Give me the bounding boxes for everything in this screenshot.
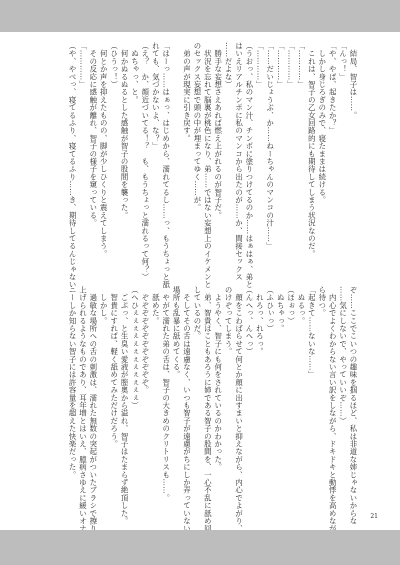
text-line: 結局、智子は……。 — [348, 42, 358, 267]
text-line: これは、智子の乙女回路的にも期待してしまう状況なのだ。 — [306, 42, 316, 267]
text-line: （や、やべっ、寝てるふり、寝てるふり……き、期待してるんじゃない — [67, 42, 77, 267]
top-gray-band — [0, 0, 400, 32]
text-line: しているのだ。 — [192, 286, 202, 511]
text-line: 「んっ！」 — [337, 42, 347, 267]
text-line: 上げられるようなものであり、耳年増とはいえ、臆病さゆえに緩いオナ — [77, 286, 87, 511]
book-page: 結局、智子は……。「んっ！」「や、やば、起きたか？」 しかし身じろぎのみで、寝た… — [0, 32, 400, 530]
text-line: 「起きて……ないな……」 — [306, 286, 316, 511]
text-line: 何とか声を抑えたものの、脚が少しひくりと震えてしまう。 — [98, 42, 108, 267]
text-line: しかし身じろぎのみで、寝たままは続ける。 — [316, 42, 326, 267]
text-line: ぬるっ。 — [296, 286, 306, 511]
text-line: 舐めた。 — [150, 286, 160, 511]
text-line: れても、気づかないよ、な？」 — [150, 42, 160, 267]
text-line: 状況を忘れて脳裏が桃色になり、弟……ではない妄想上のイケメンと — [202, 42, 212, 267]
text-line: 「…………」 — [296, 42, 306, 267]
text-line: （んへっ、んへっ） — [244, 286, 254, 511]
text-line: 「…………」 — [275, 42, 285, 267]
text-line: （ふひぃっ） — [264, 286, 274, 511]
text-line: 弟、智貴はこともあろうに姉である智子の股間を、一心不乱に舐め回 — [202, 286, 212, 511]
text-line: 「はーっ……はぁっ、はじめから、濡れてるし……っ、もうちょっと舐 — [160, 42, 170, 267]
text-line: のけぞってしまう。 — [223, 286, 233, 511]
text-line: ようやく、智子にも何をされているのかわかった。 — [212, 286, 222, 511]
text-line: （え？ か、顔近づいてる！？ も、もうちょっと濡れるって何？） — [139, 42, 149, 267]
text-line: 弟の声が現実に引き戻す。 — [181, 42, 191, 267]
text-line: 「…………」 — [254, 42, 264, 267]
text-line: 過敏な場所への舌の刺激は、濡れた無数の突起がついたブラシで擦り — [87, 286, 97, 511]
text-block-top: 結局、智子は……。「んっ！」「や、やば、起きたか？」 しかし身じろぎのみで、寝た… — [67, 42, 358, 267]
text-line: ぞ……ここでこいつの趣味を掴るほど、私は非道な姉じゃないからな — [348, 286, 358, 511]
text-line: 勝手な妄想さえあれば燃え上がれるのが智子だ。 — [212, 42, 222, 267]
text-line: のセックス妄想で頭の中が埋まってゆく……が。 — [192, 42, 202, 267]
text-line: 何かぬるぬるとした感触が智子の股間を襲った。 — [119, 42, 129, 267]
text-line: 智貴にすれば、軽く舐めてみただけだろう。 — [108, 286, 118, 511]
text-line: （ほぉっ） — [285, 286, 295, 511]
text-line: ら待つ。 — [316, 286, 326, 511]
text-line: 「…………」 — [77, 42, 87, 267]
page-number: 21 — [370, 513, 378, 520]
text-line: ぞぞぞぞぞぞぞぞぞぞぞぞ。 — [139, 286, 149, 511]
text-line: 顔をこわばらせて何とか顔に出すまいと抑えながら、内心でよがり、 — [233, 286, 243, 511]
text-line: しかし。 — [98, 286, 108, 511]
text-line: 「……だいじょうぶ、か……ねーちゃんのマンコの汁……」 — [264, 42, 274, 267]
text-line: れろっ、れろっ。 — [254, 286, 264, 511]
text-line: （へひぇぇぇぇぇぇぇぇぇぇぇぇ） — [129, 286, 139, 511]
text-line: その反応に感触が離れ、智子の様子を窺っている。 — [87, 42, 97, 267]
text-line: （うおっ、私のマン汁、チンポに塗りつけてるのか……はぁはぁ、弟と — [244, 42, 254, 267]
text-line: ニーしか知らない智子には許容量を超えた快楽だった。 — [67, 286, 77, 511]
text-line: 内心でよくわからない言い訳をしながら、ドキドキと動悸を高めなが — [327, 286, 337, 511]
text-line: ……だよな） — [223, 42, 233, 267]
text-line: ごぷっ、と生臭い愛液が膣奥から溢れ、智子はたまらず絶頂した。 — [119, 286, 129, 511]
text-line: 「や、やば、起きたか？」 — [327, 42, 337, 267]
text-line: 「…………」 — [285, 42, 295, 267]
text-line: ……気にしないで、やっていいぞ……） — [337, 286, 347, 511]
text-block-bottom: ぞ……ここでこいつの趣味を掴るほど、私は非道な姉じゃないからな……気にしないで、… — [67, 286, 358, 511]
bottom-gray-band — [0, 530, 400, 565]
text-line: やがて濡れた弟の舌は、智子の大きめのクリトリスも……。 — [160, 286, 170, 511]
text-line: はいえリアルチンポに私のマンコから出たのが……か、間接セックス — [233, 42, 243, 267]
text-line: ぬちゃっ、と。 — [129, 42, 139, 267]
text-line: 場所も乱暴に舐めてくる。 — [171, 286, 181, 511]
text-line — [171, 42, 181, 267]
text-line: （ひうっ！） — [108, 42, 118, 267]
text-line: ぬちゃっ。 — [275, 286, 285, 511]
text-line: そしてその舌は遠慮なく、いつも智子が遠慮がちにしか弄っていない — [181, 286, 191, 511]
